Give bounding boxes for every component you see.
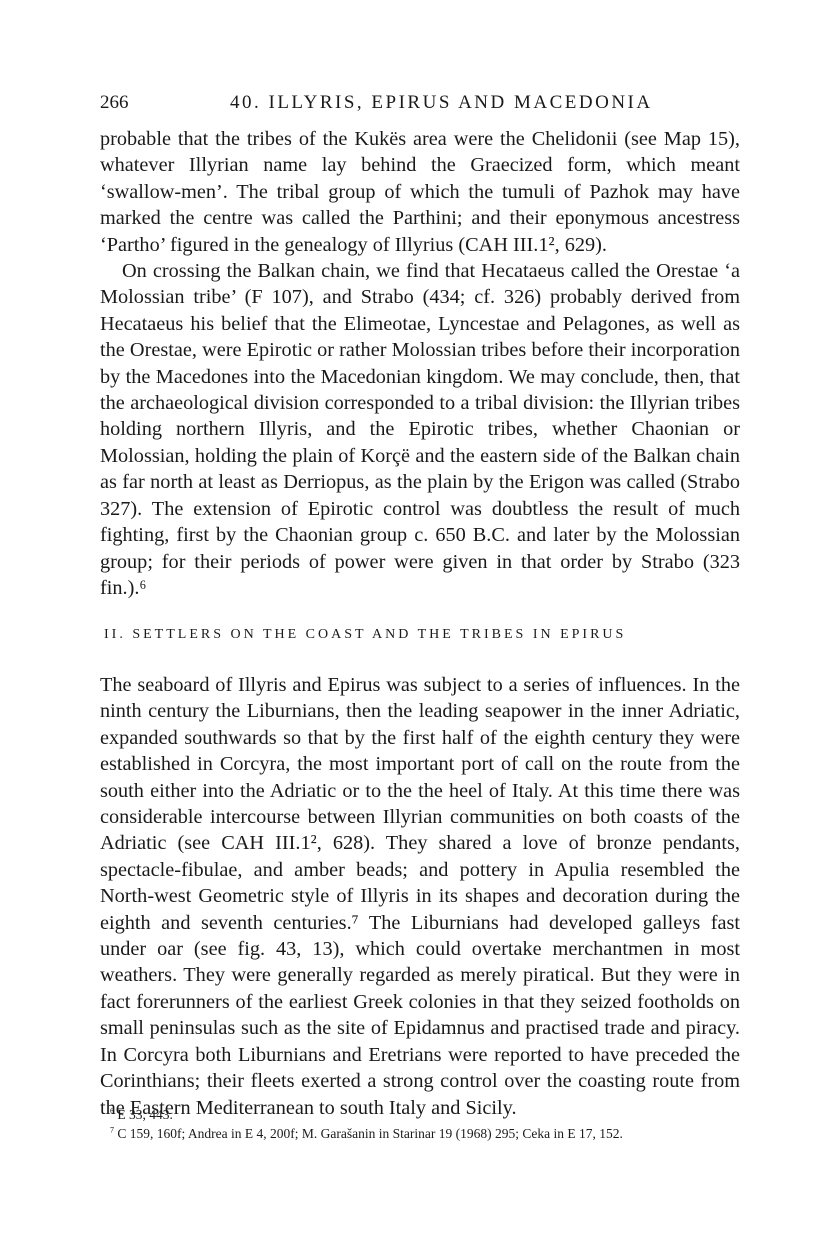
body-text-lower: The seaboard of Illyris and Epirus was s…	[100, 672, 740, 1121]
footnote-text: E 33, 443.	[117, 1107, 173, 1122]
body-text-upper: probable that the tribes of the Kukës ar…	[100, 126, 740, 601]
chapter-title: 40. ILLYRIS, EPIRUS AND MACEDONIA	[230, 92, 653, 114]
paragraph: probable that the tribes of the Kukës ar…	[100, 126, 740, 258]
footnote-number: 7	[110, 1126, 114, 1135]
page-number: 266	[100, 92, 129, 114]
footnote: 6 E 33, 443.	[110, 1105, 750, 1124]
section-heading: II. SETTLERS ON THE COAST AND THE TRIBES…	[104, 627, 626, 643]
footnote-number: 6	[110, 1107, 114, 1116]
paragraph: The seaboard of Illyris and Epirus was s…	[100, 672, 740, 1121]
running-head: 266 40. ILLYRIS, EPIRUS AND MACEDONIA	[100, 92, 740, 116]
footnote-text: C 159, 160f; Andrea in E 4, 200f; M. Gar…	[117, 1126, 622, 1141]
paragraph: On crossing the Balkan chain, we find th…	[100, 258, 740, 601]
footnotes: 6 E 33, 443. 7 C 159, 160f; Andrea in E …	[110, 1105, 750, 1143]
footnote: 7 C 159, 160f; Andrea in E 4, 200f; M. G…	[110, 1124, 750, 1143]
